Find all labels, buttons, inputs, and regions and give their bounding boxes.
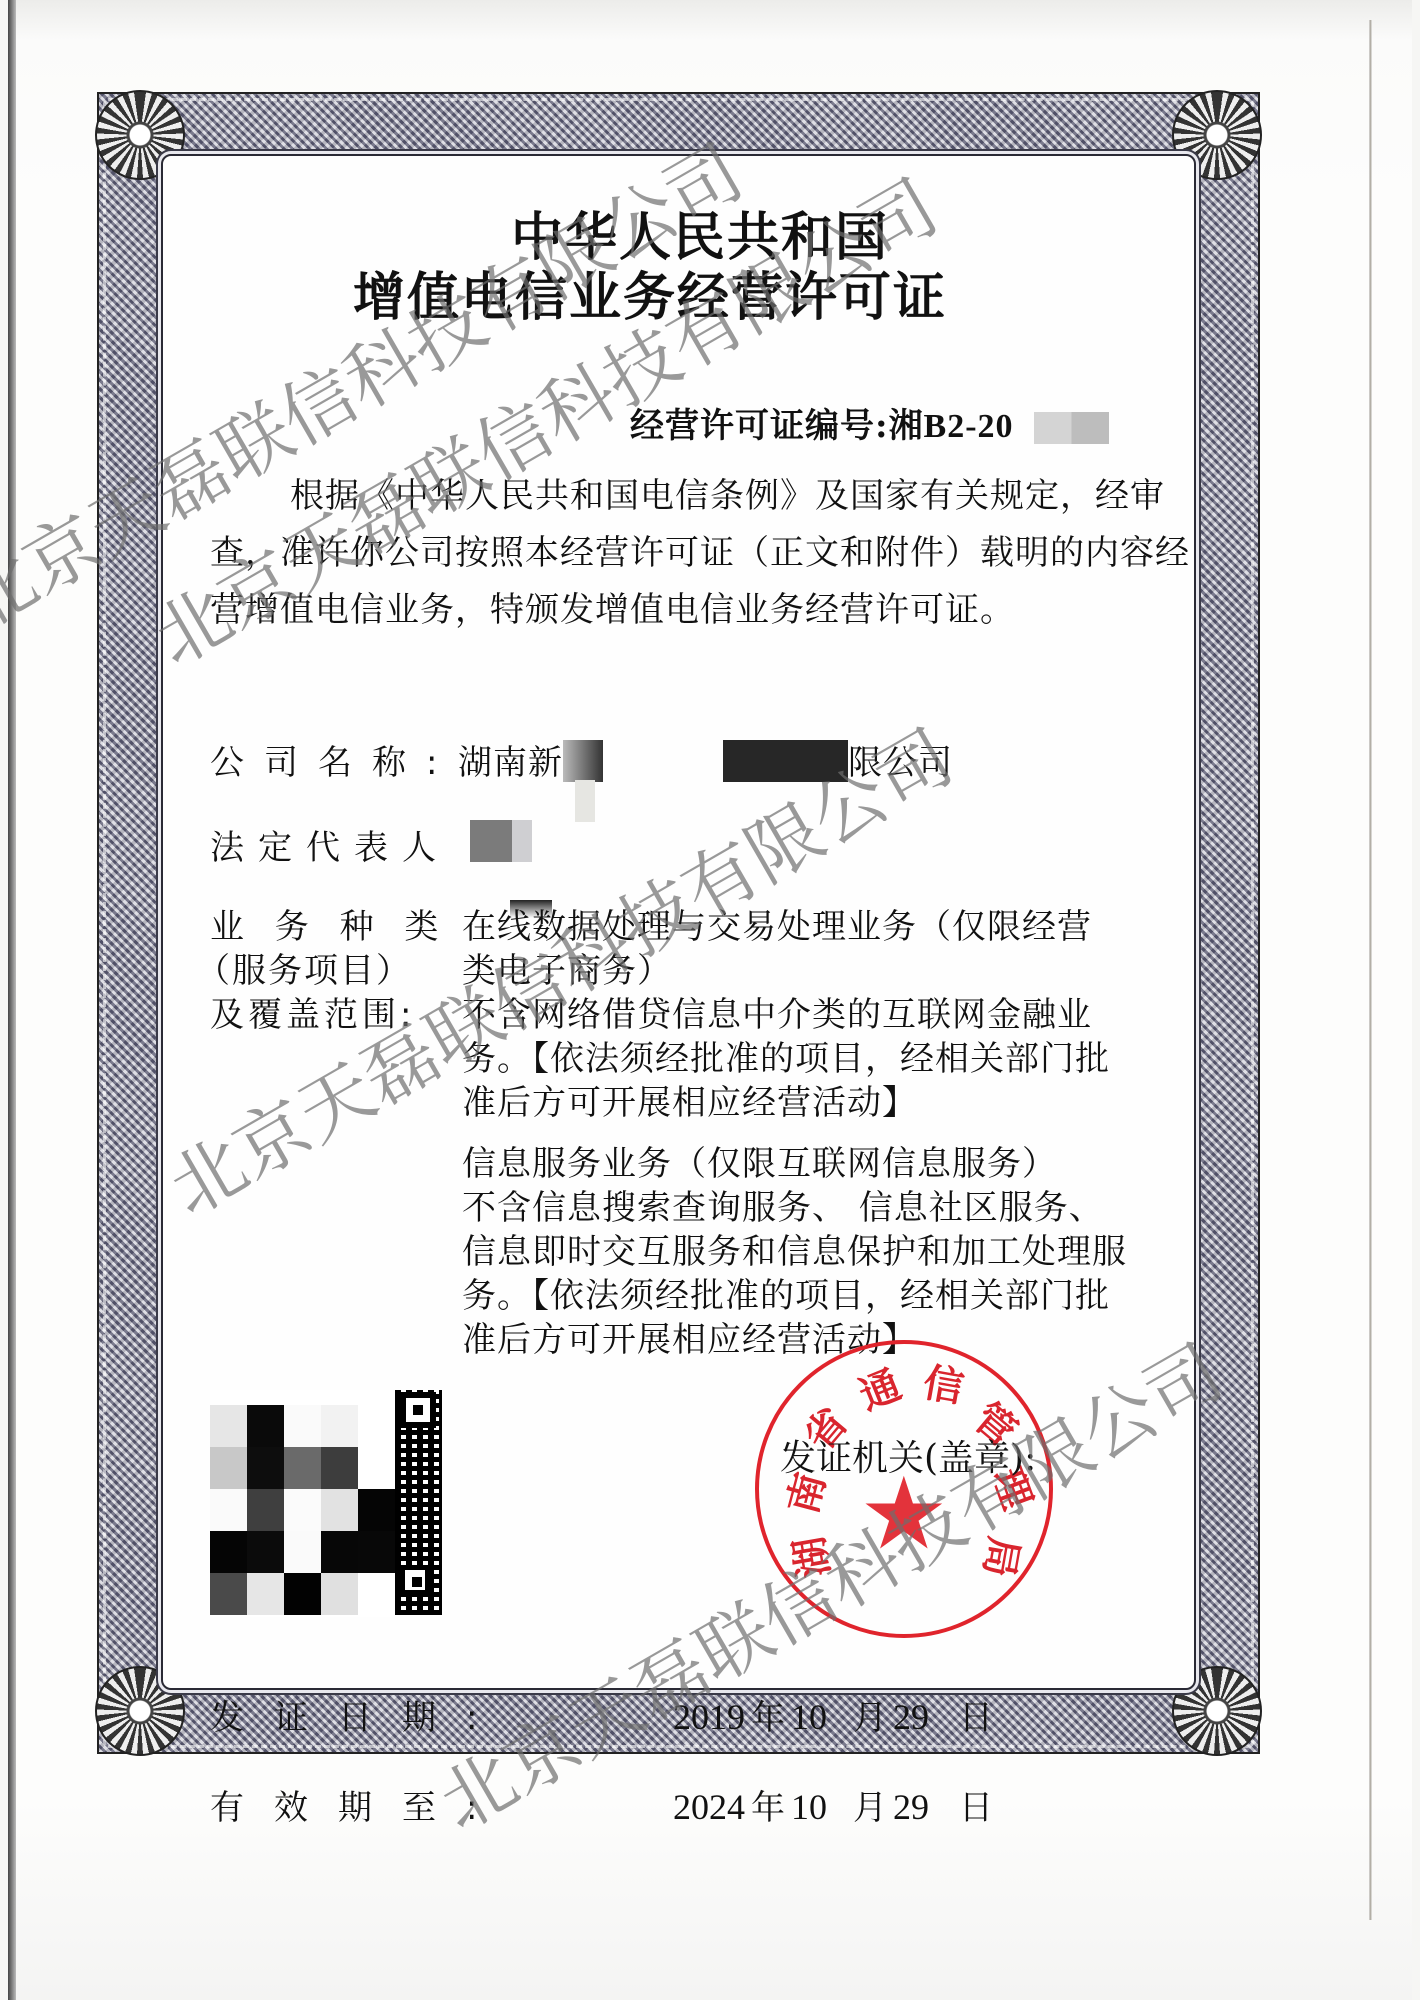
business-scope-label: 业 务 种 类 （服务项目） 及覆盖范围: [210, 905, 448, 1037]
qr-finder-icon [400, 1392, 436, 1428]
certificate-content: 中华人民共和国 增值电信业务经营许可证 经营许可证编号:湘B2-20 根据《中华… [0, 0, 1420, 2000]
intro-paragraph: 根据《中华人民共和国电信条例》及国家有关规定，经审查，准许你公司按照本经营许可证… [210, 468, 1200, 639]
official-seal: 湖 南 省 通 信 管 理 局 ★ [755, 1340, 1053, 1638]
redaction-block [512, 820, 532, 862]
valid-until-label: 有效期至: [210, 1780, 507, 1829]
redaction-block [563, 740, 603, 782]
redaction-block [575, 780, 595, 822]
redaction-block [470, 820, 512, 862]
business-scope-info-service: 信息服务业务（仅限互联网信息服务） 不含信息搜索查询服务、 信息社区服务、 信息… [462, 1142, 1222, 1362]
license-number-label: 经营许可证编号: [630, 406, 889, 446]
redaction-block [723, 740, 848, 782]
company-name-value: 湖南新限公司 [458, 735, 953, 786]
issuer-label: 发证机关(盖章): [780, 1430, 1036, 1481]
title-license: 增值电信业务经营许可证 [0, 255, 1360, 330]
issue-date-label: 发证日期: [210, 1690, 507, 1739]
legal-rep-label: 法定代表人 [210, 820, 450, 869]
issue-date-value: 2019年10月29日 [673, 1690, 999, 1739]
redaction-block [1034, 412, 1109, 444]
license-number: 经营许可证编号:湘B2-20 [630, 398, 1109, 447]
license-number-value: 湘B2-20 [889, 408, 1014, 445]
qr-finder-icon [400, 1565, 430, 1595]
valid-until-value: 2024年10月29日 [673, 1780, 999, 1829]
qr-code-pixelated [210, 1390, 442, 1617]
qr-redaction-mosaic [210, 1405, 395, 1615]
business-scope-online-data: 在线数据处理与交易处理业务（仅限经营 类电子商务） 不含网络借贷信息中介类的互联… [462, 905, 1222, 1125]
company-name-label: 公司名称: [210, 735, 457, 784]
